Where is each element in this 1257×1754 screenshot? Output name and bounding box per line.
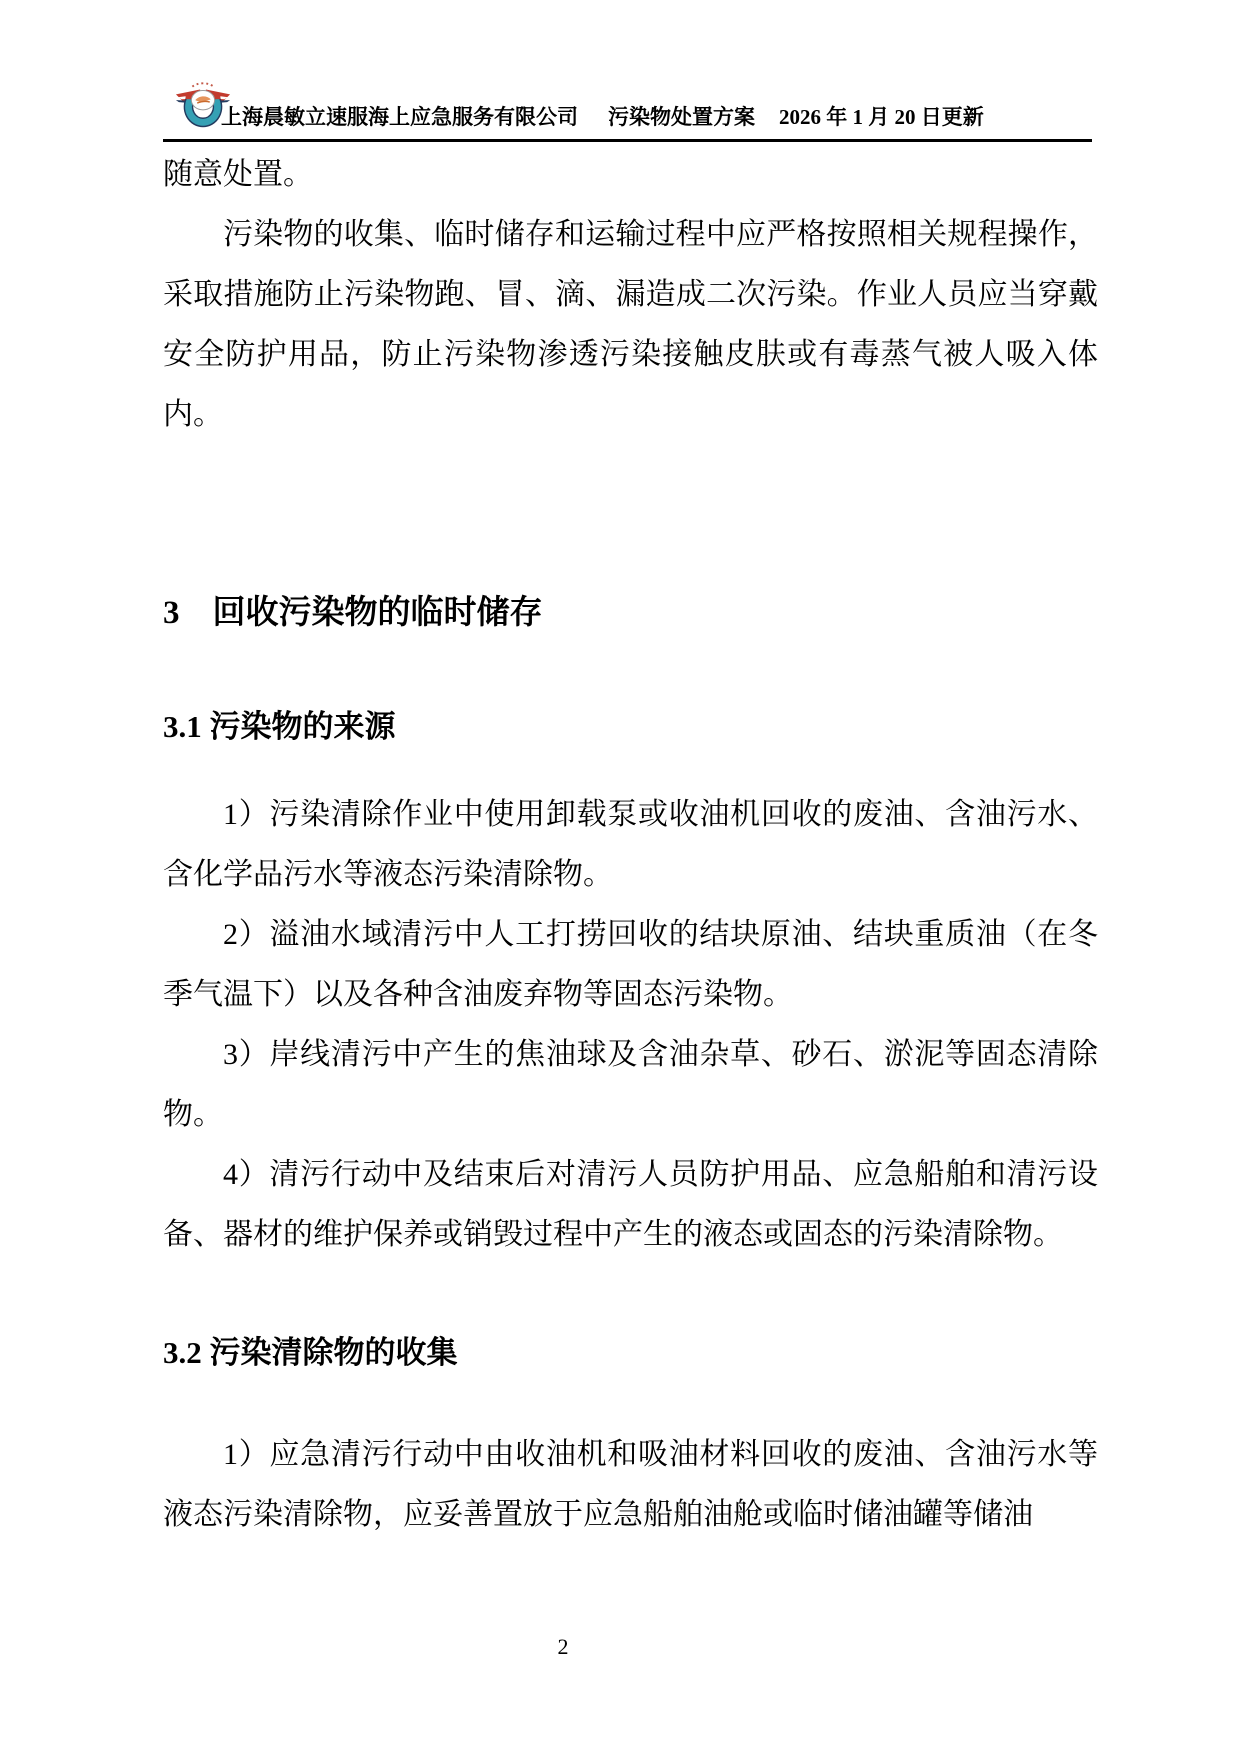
section-3-1-heading: 3.1 污染物的来源 [163, 697, 1098, 757]
header-company-name: 上海晨敏立速服海上应急服务有限公司 [221, 105, 578, 129]
header-updated-date: 2026 年 1 月 20 日更新 [779, 105, 984, 129]
header-doc-title: 污染物处置方案 [608, 105, 755, 129]
section-3-heading: 3 回收污染物的临时储存 [163, 583, 1098, 643]
list-item-source-4: 4）清污行动中及结束后对清污人员防护用品、应急船舶和清污设备、器材的维护保养或销… [163, 1145, 1098, 1265]
list-item-source-2: 2）溢油水域清污中人工打捞回收的结块原油、结块重质油（在冬季气温下）以及各种含油… [163, 905, 1098, 1025]
list-item-source-1: 1）污染清除作业中使用卸载泵或收油机回收的废油、含油污水、含化学品污水等液态污染… [163, 785, 1098, 905]
header-divider [163, 139, 1092, 142]
document-page: 上海晨敏立速服海上应急服务有限公司污染物处置方案2026 年 1 月 20 日更… [0, 0, 1257, 1754]
paragraph-carryover: 随意处置。 [163, 145, 1098, 205]
section-3-2-heading: 3.2 污染清除物的收集 [163, 1323, 1098, 1383]
list-item-source-3: 3）岸线清污中产生的焦油球及含油杂草、砂石、淤泥等固态清除物。 [163, 1025, 1098, 1145]
page-header: 上海晨敏立速服海上应急服务有限公司污染物处置方案2026 年 1 月 20 日更… [221, 101, 984, 131]
list-item-collect-1: 1）应急清污行动中由收油机和吸油材料回收的废油、含油污水等液态污染清除物，应妥善… [163, 1425, 1098, 1545]
paragraph-intro: 污染物的收集、临时储存和运输过程中应严格按照相关规程操作，采取措施防止污染物跑、… [163, 205, 1098, 445]
page-number: 2 [163, 1632, 963, 1662]
